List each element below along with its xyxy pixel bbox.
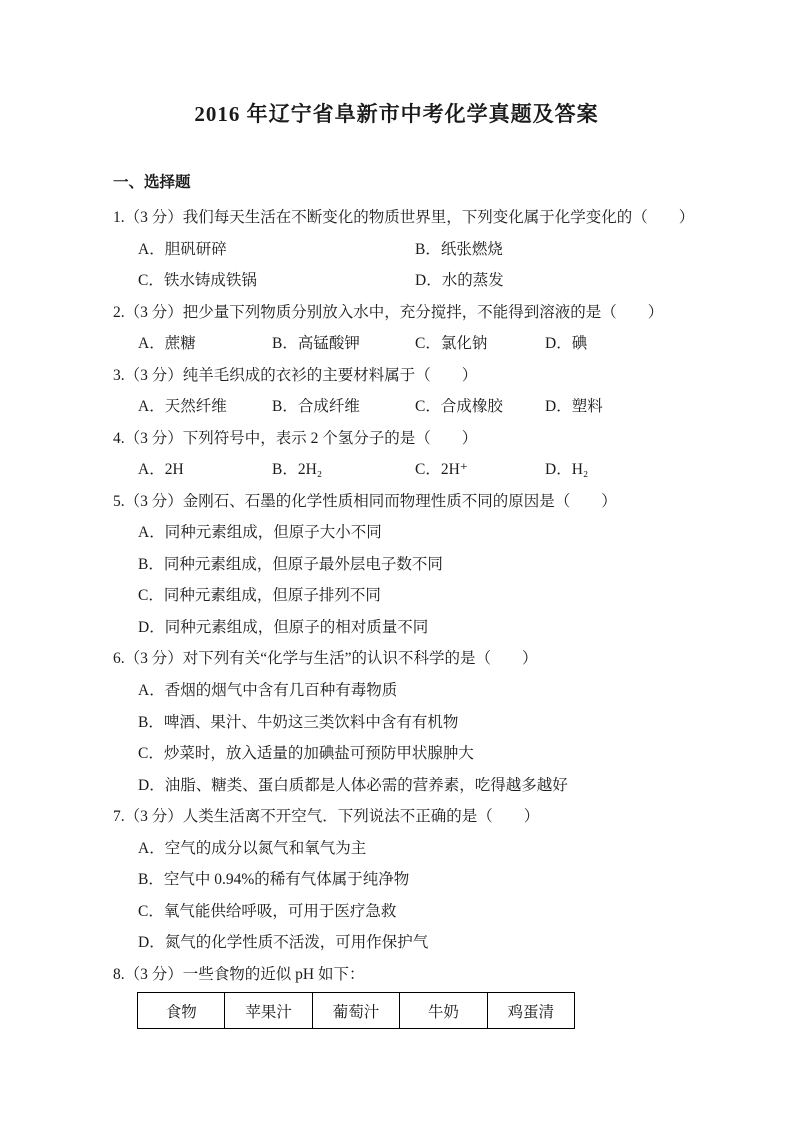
option-d: D．水的蒸发 (415, 265, 753, 297)
option-d: D．碘 (545, 328, 753, 360)
option-c: C．炒菜时，放入适量的加碘盐可预防甲状腺肿大 (113, 738, 753, 770)
table-header-cell: 食物 (138, 993, 225, 1029)
option-b: B．空气中 0.94%的稀有气体属于纯净物 (113, 864, 753, 896)
option-b: B．啤酒、果汁、牛奶这三类饮料中含有有机物 (113, 707, 753, 739)
table-header-cell: 苹果汁 (225, 993, 312, 1029)
option-b: B．纸张燃烧 (415, 234, 753, 266)
option-d: D．同种元素组成，但原子的相对质量不同 (113, 612, 753, 644)
question-1: 1.（3 分）我们每天生活在不断变化的物质世界里，下列变化属于化学变化的（ ） … (113, 202, 753, 297)
question-stem: 1.（3 分）我们每天生活在不断变化的物质世界里，下列变化属于化学变化的（ ） (113, 202, 753, 234)
table-header-cell: 葡萄汁 (312, 993, 399, 1029)
question-stem: 2.（3 分）把少量下列物质分别放入水中，充分搅拌，不能得到溶液的是（ ） (113, 297, 753, 329)
option-a: A．蔗糖 (138, 328, 272, 360)
question-stem: 6.（3 分）对下列有关“化学与生活”的认识不科学的是（ ） (113, 643, 753, 675)
option-a: A．天然纤维 (138, 391, 272, 423)
option-c: C．铁水铸成铁锅 (138, 265, 415, 297)
option-a: A．同种元素组成，但原子大小不同 (113, 517, 753, 549)
option-b: B．高锰酸钾 (272, 328, 415, 360)
question-7: 7.（3 分）人类生活离不开空气．下列说法不正确的是（ ） A．空气的成分以氮气… (113, 801, 753, 959)
option-d: D．塑料 (545, 391, 753, 423)
option-c: C．同种元素组成，但原子排列不同 (113, 580, 753, 612)
exam-title: 2016 年辽宁省阜新市中考化学真题及答案 (0, 98, 793, 128)
question-stem: 8.（3 分）一些食物的近似 pH 如下： (113, 959, 753, 991)
ph-table: 食物 苹果汁 葡萄汁 牛奶 鸡蛋清 (137, 992, 575, 1029)
question-6: 6.（3 分）对下列有关“化学与生活”的认识不科学的是（ ） A．香烟的烟气中含… (113, 643, 753, 801)
document-page: 2016 年辽宁省阜新市中考化学真题及答案 一、选择题 1.（3 分）我们每天生… (0, 0, 793, 1122)
question-stem: 7.（3 分）人类生活离不开空气．下列说法不正确的是（ ） (113, 801, 753, 833)
question-8: 8.（3 分）一些食物的近似 pH 如下： 食物 苹果汁 葡萄汁 牛奶 鸡蛋清 (113, 959, 753, 1030)
options-row: A．蔗糖 B．高锰酸钾 C．氯化钠 D．碘 (113, 328, 753, 360)
option-a: A．胆矾研碎 (138, 234, 415, 266)
option-c: C．氧气能供给呼吸，可用于医疗急救 (113, 896, 753, 928)
option-a: A．2H (138, 454, 272, 486)
question-stem: 5.（3 分）金刚石、石墨的化学性质相同而物理性质不同的原因是（ ） (113, 486, 753, 518)
option-d: D．油脂、糖类、蛋白质都是人体必需的营养素，吃得越多越好 (113, 770, 753, 802)
option-c: C．2H⁺ (415, 454, 545, 486)
option-a: A．空气的成分以氮气和氧气为主 (113, 833, 753, 865)
options-row: C．铁水铸成铁锅 D．水的蒸发 (113, 265, 753, 297)
option-d: D．氮气的化学性质不活泼，可用作保护气 (113, 927, 753, 959)
option-c: C．合成橡胶 (415, 391, 545, 423)
table-header-cell: 牛奶 (400, 993, 487, 1029)
question-2: 2.（3 分）把少量下列物质分别放入水中，充分搅拌，不能得到溶液的是（ ） A．… (113, 297, 753, 360)
question-3: 3.（3 分）纯羊毛织成的衣衫的主要材料属于（ ） A．天然纤维 B．合成纤维 … (113, 360, 753, 423)
option-b: B．合成纤维 (272, 391, 415, 423)
option-a: A．香烟的烟气中含有几百种有毒物质 (113, 675, 753, 707)
table-header-row: 食物 苹果汁 葡萄汁 牛奶 鸡蛋清 (138, 993, 575, 1029)
option-d: D．H₂ (545, 454, 753, 486)
questions-area: 1.（3 分）我们每天生活在不断变化的物质世界里，下列变化属于化学变化的（ ） … (113, 202, 753, 1029)
options-row: A．胆矾研碎 B．纸张燃烧 (113, 234, 753, 266)
question-5: 5.（3 分）金刚石、石墨的化学性质相同而物理性质不同的原因是（ ） A．同种元… (113, 486, 753, 644)
option-b: B．同种元素组成，但原子最外层电子数不同 (113, 549, 753, 581)
section-heading: 一、选择题 (113, 172, 191, 194)
question-stem: 3.（3 分）纯羊毛织成的衣衫的主要材料属于（ ） (113, 360, 753, 392)
option-c: C．氯化钠 (415, 328, 545, 360)
question-4: 4.（3 分）下列符号中，表示 2 个氢分子的是（ ） A．2H B．2H₂ C… (113, 423, 753, 486)
options-row: A．天然纤维 B．合成纤维 C．合成橡胶 D．塑料 (113, 391, 753, 423)
table-header-cell: 鸡蛋清 (487, 993, 574, 1029)
options-row: A．2H B．2H₂ C．2H⁺ D．H₂ (113, 454, 753, 486)
option-b: B．2H₂ (272, 454, 415, 486)
question-stem: 4.（3 分）下列符号中，表示 2 个氢分子的是（ ） (113, 423, 753, 455)
